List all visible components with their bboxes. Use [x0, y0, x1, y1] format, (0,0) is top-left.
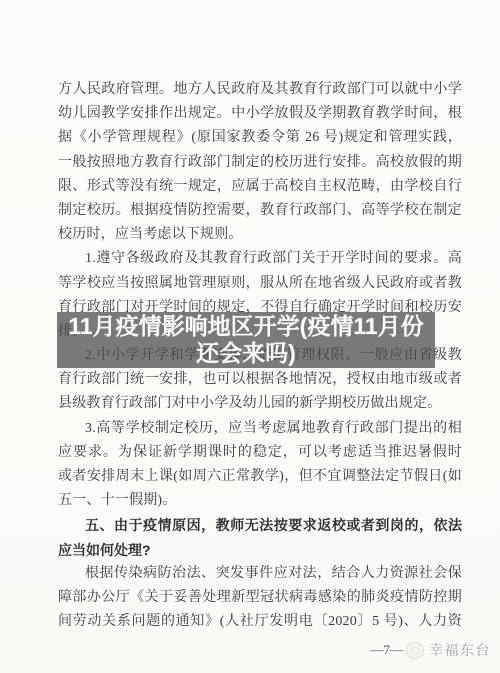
doc-line-5: 限、形式等没有统一规定，应属于高校自主权范畴，由学校自行 [58, 175, 462, 199]
doc-line-23: 间劳动关系问题的通知》(人社厅发明电〔2020〕5 号)、人力资 [58, 610, 462, 634]
watermark-text: 幸福东台 [429, 640, 491, 660]
doc-line-3: 据《小学管理规程》(原国家教委令第 26 号)规定和管理实践， [58, 126, 462, 150]
page-number: —7— [371, 642, 404, 658]
banner-title-line1: 11月疫情影响地区开学(疫情11月份 [68, 313, 423, 340]
page-footer: —7— 幸福东台 [371, 640, 492, 660]
doc-line-6: 制定校历。根据疫情防控需要，教育行政部门、高等学校在制定 [58, 199, 462, 223]
doc-line-1: 方人民政府管理。地方人民政府及其教育行政部门可以就中小学 [58, 78, 462, 102]
circular-seal-icon [406, 642, 424, 659]
doc-line-9: 等学校应当按照属地管理原则，服从所在地省级人民政府或者教 [58, 272, 462, 296]
doc-line-17: 或者安排周末上课(如周六正常教学)，但不宜调整法定节假日(如 [58, 465, 462, 489]
banner-title-line2: 还会来吗) [196, 340, 296, 367]
doc-line-21: 根据传染病防治法、突发事件应对法，结合人力资源社会保 [58, 562, 462, 586]
doc-line-15: 3.高等学校制定校历，应当考虑属地教育行政部门提出的相 [58, 417, 462, 441]
doc-line-2: 幼儿园教学安排作出规定。中小学放假及学期教育教学时间，根 [58, 102, 462, 126]
doc-line-14: 县级教育行政部门对中小学及幼儿园的新学期校历做出规定。 [58, 392, 462, 416]
doc-line-20: 应当如何处理? [58, 538, 462, 562]
doc-line-4: 一般按照地方教育行政部门制定的校历进行安排。高校放假的期 [58, 151, 462, 175]
doc-line-22: 障部办公厅《关于妥善处理新型冠状病毒感染的肺炎疫情防控期 [58, 586, 462, 610]
doc-line-19: 五、由于疫情原因，教师无法按要求返校或者到岗的，依法 [58, 513, 462, 537]
doc-line-18: 五一、十一假期)。 [58, 489, 462, 513]
doc-line-7: 校历时，应当考虑以下规则。 [58, 223, 462, 247]
doc-line-13: 育行政部门统一安排，也可以根据各地情况，授权由地市级或者 [58, 368, 462, 392]
doc-line-8: 1.遵守各级政府及其教育行政部门关于开学时间的要求。高 [58, 247, 462, 271]
overlay-title-banner: 11月疫情影响地区开学(疫情11月份 还会来吗) [57, 312, 435, 368]
doc-line-16: 应要求。为保证新学期课时的稳定，可以考虑适当推迟暑假时间， [58, 441, 462, 465]
